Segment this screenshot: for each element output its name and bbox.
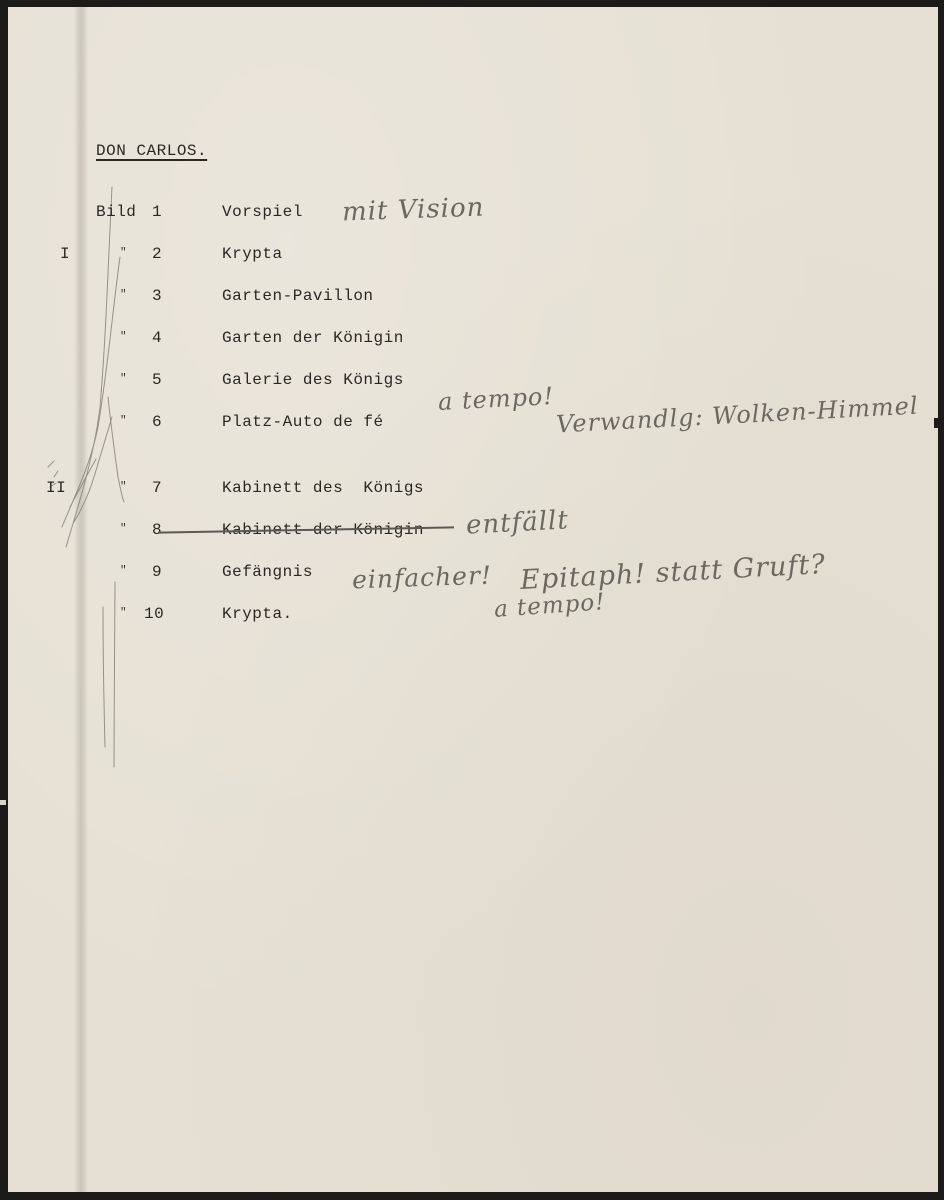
scan-edge-mark	[0, 800, 6, 805]
scene-prefix-bild: Bild	[96, 204, 136, 220]
scene-number: 10	[144, 606, 164, 622]
scene-name: Vorspiel	[222, 204, 303, 220]
act-label: II	[46, 480, 66, 496]
scene-number: 4	[152, 330, 162, 346]
annotation-galerie-tempo: a tempo!	[437, 384, 554, 414]
scene-name: Krypta.	[222, 606, 293, 622]
annotation-gefaengnis-einfacher: einfacher!	[352, 563, 493, 593]
ditto-mark: "	[120, 524, 127, 535]
scene-name: Kabinett des Königs	[222, 480, 424, 496]
ditto-mark: "	[120, 416, 127, 427]
ditto-mark: "	[120, 290, 127, 301]
ditto-mark: "	[120, 566, 127, 577]
scene-name: Galerie des Königs	[222, 372, 404, 388]
scene-number: 9	[152, 564, 162, 580]
scene-number: 1	[152, 204, 162, 220]
scene-number: 2	[152, 246, 162, 262]
ditto-mark: "	[120, 608, 127, 619]
annotation-kabinett-entfaellt: entfällt	[465, 507, 569, 538]
scene-number: 8	[152, 522, 162, 538]
scene-name: Garten-Pavillon	[222, 288, 374, 304]
scene-name: Garten der Königin	[222, 330, 404, 346]
annotation-vorspiel: mit Vision	[342, 195, 485, 226]
scene-number: 5	[152, 372, 162, 388]
scene-number: 3	[152, 288, 162, 304]
document-title: DON CARLOS.	[96, 143, 207, 159]
ditto-mark: "	[120, 374, 127, 385]
scene-name: Krypta	[222, 246, 283, 262]
scene-number: 7	[152, 480, 162, 496]
act-label: I	[60, 246, 70, 262]
scene-number: 6	[152, 414, 162, 430]
pencil-margin-strokes	[8, 7, 938, 1192]
ditto-mark: "	[120, 482, 127, 493]
ditto-mark: "	[120, 332, 127, 343]
scene-name: Gefängnis	[222, 564, 313, 580]
ditto-mark: "	[120, 248, 127, 259]
scan-edge-mark	[934, 418, 944, 428]
document-page: DON CARLOS. Bild 1 Vorspiel I " 2 Krypta…	[8, 7, 938, 1192]
scene-name: Platz-Auto de fé	[222, 414, 384, 430]
